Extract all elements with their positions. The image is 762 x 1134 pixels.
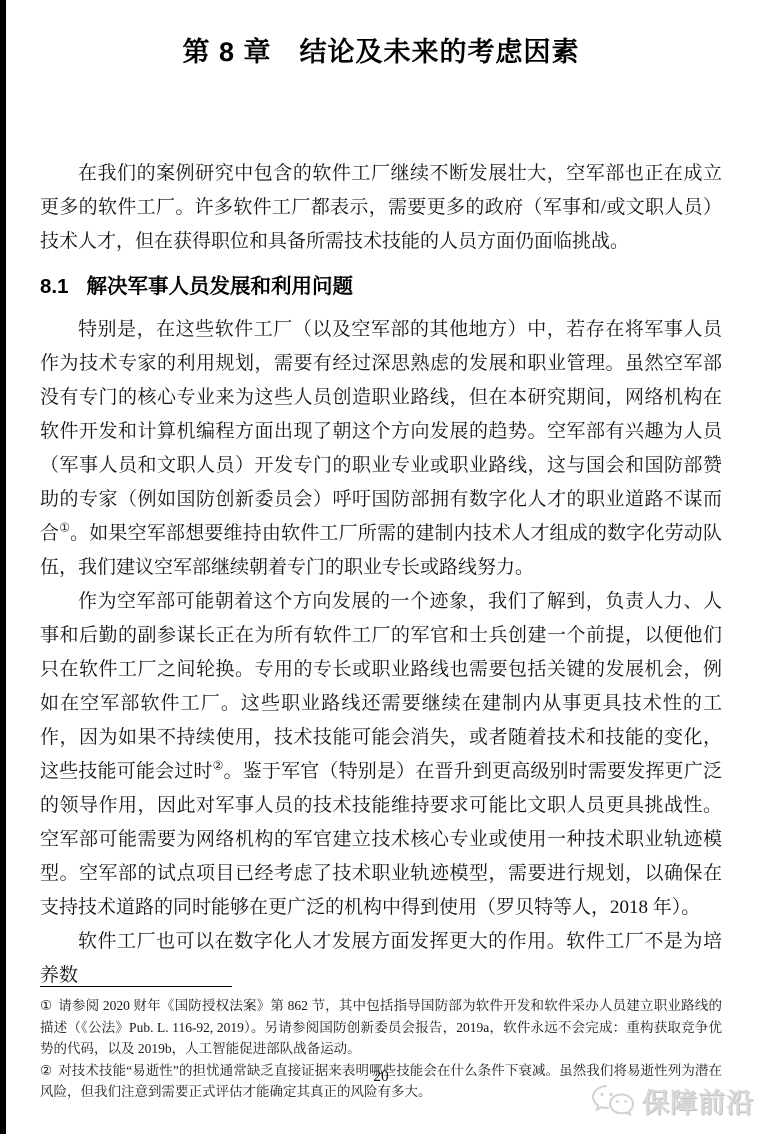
paragraph-2-text-b: 。如果空军部想要维持由软件工厂所需的建制内技术人才组成的数字化劳动队伍，我们建议… — [40, 523, 722, 578]
section-number: 8.1 — [40, 275, 69, 298]
watermark: 保障前沿 — [591, 1081, 754, 1120]
footnote-1: ①请参阅 2020 财年《国防授权法案》第 862 节，其中包括指导国防部为软件… — [40, 995, 722, 1060]
page-content: 第 8 章 结论及未来的考虑因素 在我们的案例研究中包含的软件工厂继续不断发展壮… — [40, 0, 722, 993]
footnote-ref-2: ② — [213, 759, 224, 773]
footnote-1-text: 请参阅 2020 财年《国防授权法案》第 862 节，其中包括指导国防部为软件开… — [40, 998, 722, 1056]
chapter-title: 第 8 章 结论及未来的考虑因素 — [40, 0, 722, 71]
section-heading: 8.1解决军事人员发展和利用问题 — [40, 273, 722, 301]
wechat-icon — [591, 1084, 635, 1118]
paragraph-2: 特别是，在这些软件工厂（以及空军部的其他地方）中，若存在将军事人员作为技术专家的… — [40, 313, 722, 585]
footnote-separator — [40, 986, 232, 987]
paragraph-intro: 在我们的案例研究中包含的软件工厂继续不断发展壮大，空军部也正在成立更多的软件工厂… — [40, 157, 722, 259]
paragraph-3-text-b: 。鉴于军官（特别是）在晋升到更高级别时需要发挥更广泛的领导作用，因此对军事人员的… — [40, 761, 722, 918]
footnote-ref-1: ① — [59, 521, 70, 535]
watermark-text: 保障前沿 — [642, 1081, 754, 1120]
section-title: 解决军事人员发展和利用问题 — [87, 275, 354, 298]
paragraph-3: 作为空军部可能朝着这个方向发展的一个迹象，我们了解到，负责人力、人事和后勤的副参… — [40, 585, 722, 925]
paragraph-3-text-a: 作为空军部可能朝着这个方向发展的一个迹象，我们了解到，负责人力、人事和后勤的副参… — [40, 591, 722, 782]
footnote-1-marker: ① — [40, 998, 52, 1013]
page-edge-strip — [0, 0, 6, 1134]
paragraph-4: 软件工厂也可以在数字化人才发展方面发挥更大的作用。软件工厂不是为培养数 — [40, 925, 722, 993]
paragraph-2-text-a: 特别是，在这些软件工厂（以及空军部的其他地方）中，若存在将军事人员作为技术专家的… — [40, 319, 722, 544]
document-page: 第 8 章 结论及未来的考虑因素 在我们的案例研究中包含的软件工厂继续不断发展壮… — [0, 0, 762, 1134]
